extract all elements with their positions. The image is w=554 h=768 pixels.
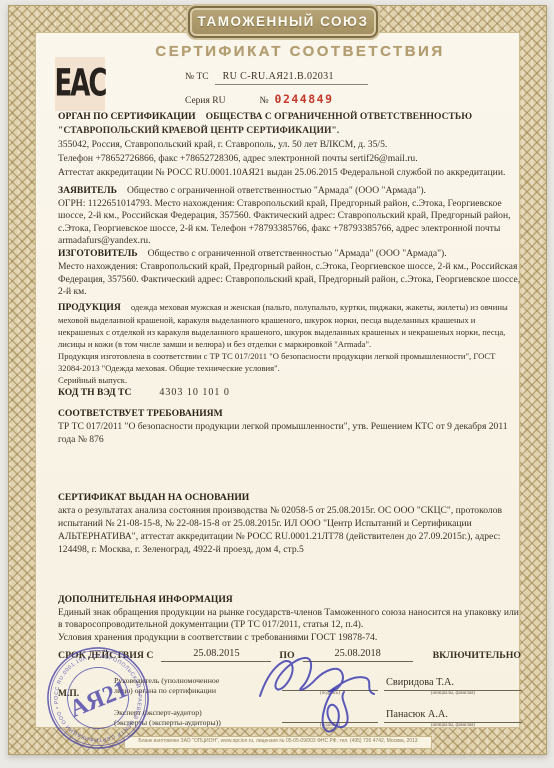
section-products: ПРОДУКЦИЯодежда меховая мужская и женска…	[58, 301, 521, 386]
section-label: ОРГАН ПО СЕРТИФИКАЦИИ	[58, 111, 206, 122]
conformity-details: ТР ТС 017/2011 "О безопасности продукции…	[58, 420, 521, 446]
issue-basis-details: акта о результатах анализа состояния про…	[58, 504, 521, 556]
signer-name: Свиридова Т.А.	[384, 676, 522, 691]
additional-info-details: Единый знак обращения продукции на рынке…	[58, 607, 521, 645]
section-certification-body: ОРГАН ПО СЕРТИФИКАЦИИОБЩЕСТВА С ОГРАНИЧЕ…	[58, 110, 521, 180]
applicant-details: ОГРН: 1122651014793. Место нахождения: С…	[58, 198, 521, 248]
section-label: СЕРТИФИКАТ ВЫДАН НА ОСНОВАНИИ	[58, 492, 259, 503]
certificate-number-value: RU C-RU.АЯ21.В.02031	[215, 72, 368, 85]
series-label: Серия RU	[185, 96, 225, 106]
section-applicant: ЗАЯВИТЕЛЬОбщество с ограниченной ответст…	[58, 185, 521, 248]
certificate-numbers: № ТСRU C-RU.АЯ21.В.02031 Серия RU№024484…	[185, 72, 368, 107]
certificate-number-label: № ТС	[185, 72, 209, 82]
expert-signature-scribble-icon	[300, 686, 372, 736]
section-tnved-code: КОД ТН ВЭД ТС4303 10 101 0	[58, 386, 521, 399]
section-label: СООТВЕТСТВУЕТ ТРЕБОВАНИЯМ	[58, 408, 233, 419]
blank-printer-imprint: Бланк изготовлен ЗАО "ОПЦИОН", www.opcio…	[124, 736, 432, 749]
signer-name-caption: (инициалы, фамилия)	[384, 723, 522, 729]
signer-name-caption: (инициалы, фамилия)	[384, 691, 522, 697]
signer-name-field: Панасюк А.А. (инициалы, фамилия)	[384, 708, 522, 729]
stamp-center-text: АЯ21	[66, 675, 132, 722]
series-number-value: 0244849	[275, 92, 334, 106]
certificate-title: СЕРТИФИКАТ СООТВЕТСТВИЯ	[130, 44, 470, 59]
section-manufacturer: ИЗГОТОВИТЕЛЬОбщество с ограниченной отве…	[58, 248, 521, 299]
products-details: Продукция изготовлена в соответствии с Т…	[58, 350, 521, 386]
validity-suffix: ВКЛЮЧИТЕЛЬНО	[433, 650, 521, 662]
section-label: ЗАЯВИТЕЛЬ	[58, 185, 127, 196]
certification-stamp-icon: • СТАВРОПОЛЬСКИЙ КРАЕВОЙ ЦЕНТР СЕРТИФИКА…	[44, 644, 152, 752]
signer-name-field: Свиридова Т.А. (инициалы, фамилия)	[384, 676, 522, 697]
section-label: ПРОДУКЦИЯ	[58, 302, 131, 313]
eac-mark-letters: EAC	[55, 62, 106, 106]
series-no-sign: №	[259, 96, 268, 106]
series-line: Серия RU№0244849	[185, 94, 368, 107]
manufacturer-name: Общество с ограниченной ответственностью…	[148, 248, 447, 259]
manufacturer-details: Место нахождения: Ставропольский край, П…	[58, 261, 521, 299]
certification-body-details: 355042, Россия, Ставропольский край, г. …	[58, 138, 521, 180]
customs-union-banner: ТАМОЖЕННЫЙ СОЮЗ	[188, 6, 378, 38]
section-label: КОД ТН ВЭД ТС	[58, 387, 141, 398]
certificate-number-line: № ТСRU C-RU.АЯ21.В.02031	[185, 72, 368, 85]
section-label: ИЗГОТОВИТЕЛЬ	[58, 248, 148, 259]
certificate-page: ТАМОЖЕННЫЙ СОЮЗ EAC СЕРТИФИКАТ СООТВЕТСТ…	[0, 0, 554, 768]
section-issue-basis: СЕРТИФИКАТ ВЫДАН НА ОСНОВАНИИ акта о рез…	[58, 491, 521, 556]
section-label: ДОПОЛНИТЕЛЬНАЯ ИНФОРМАЦИЯ	[58, 594, 243, 605]
section-additional-info: ДОПОЛНИТЕЛЬНАЯ ИНФОРМАЦИЯ Единый знак об…	[58, 594, 521, 644]
signer-name: Панасюк А.А.	[384, 708, 522, 723]
tnved-code-value: 4303 10 101 0	[159, 387, 230, 398]
eac-mark-icon: EAC	[55, 57, 105, 111]
applicant-name: Общество с ограниченной ответственностью…	[127, 185, 426, 196]
customs-union-banner-text: ТАМОЖЕННЫЙ СОЮЗ	[198, 15, 369, 29]
section-conformity-requirements: СООТВЕТСТВУЕТ ТРЕБОВАНИЯМ ТР ТС 017/2011…	[58, 407, 521, 446]
